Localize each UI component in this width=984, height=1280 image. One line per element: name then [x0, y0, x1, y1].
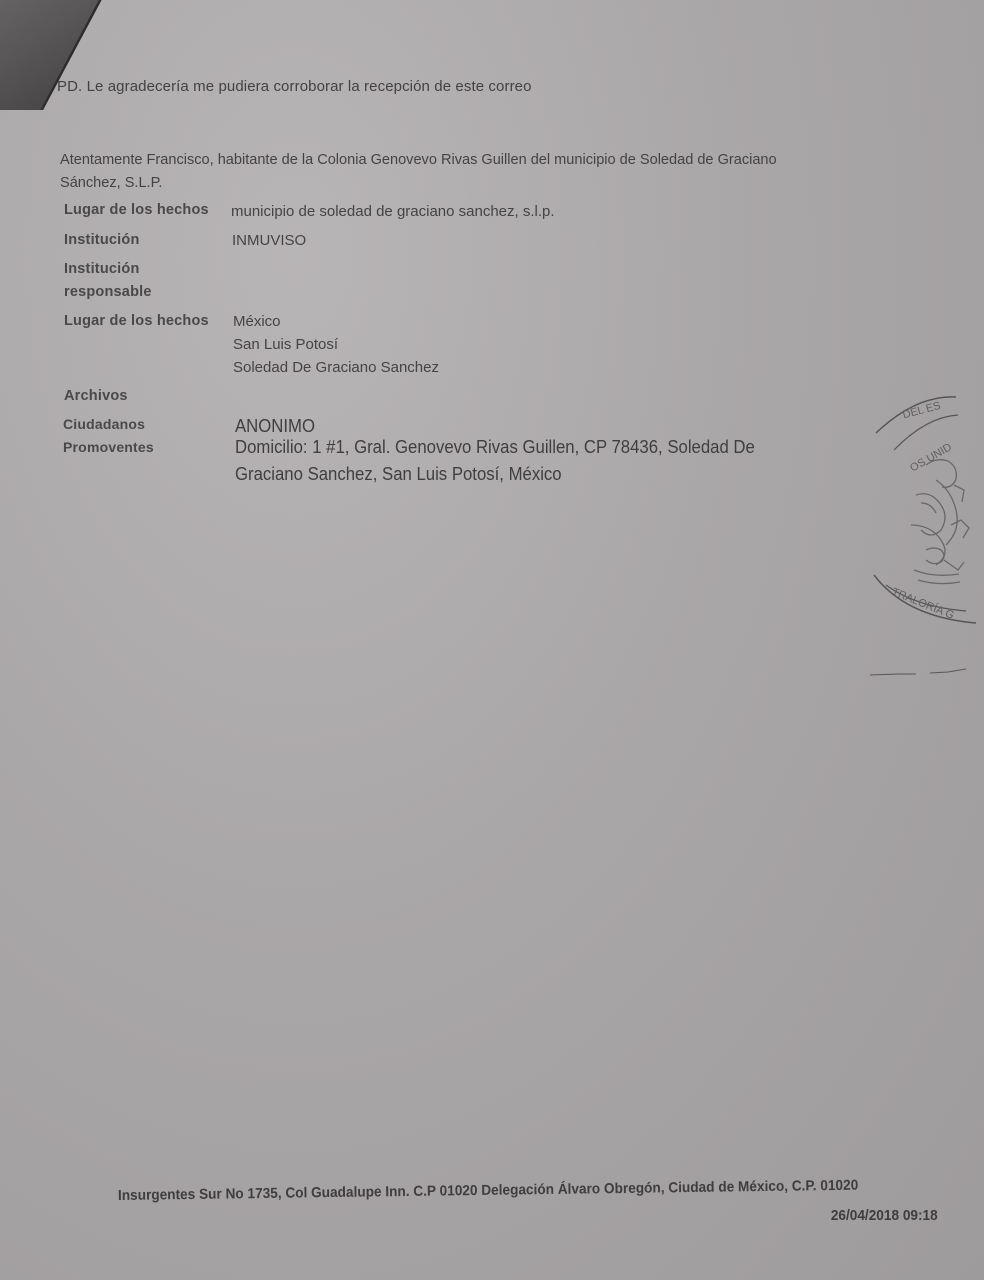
label-line-2: Promoventes [63, 436, 154, 459]
location-state: San Luis Potosí [233, 333, 439, 356]
signature-line-2: Sánchez, S.L.P. [60, 171, 777, 194]
field-label-lugar-hechos-2: Lugar de los hechos [64, 310, 209, 333]
field-value-institucion: INMUVISO [232, 229, 306, 252]
footer-timestamp: 26/04/2018 09:18 [831, 1208, 938, 1224]
citizen-address-line-2: Graciano Sanchez, San Luis Potosí, Méxic… [235, 461, 562, 487]
seal-text-bottom: TRALORÍA G [890, 585, 956, 622]
location-municipality: Soledad De Graciano Sanchez [233, 356, 439, 379]
field-value-location-list: México San Luis Potosí Soledad De Gracia… [233, 310, 439, 379]
field-label-institucion-responsable: Institución responsable [64, 258, 152, 304]
field-label-lugar-hechos: Lugar de los hechos [64, 199, 209, 222]
seal-text-middle: OS UNID [908, 441, 954, 474]
label-line-2: responsable [64, 281, 152, 304]
official-seal-stamp: DEL ES OS UNID TRALORÍA G [866, 385, 984, 635]
location-country: México [233, 310, 439, 333]
pen-mark [868, 668, 968, 678]
signature-line-1: Atentamente Francisco, habitante de la C… [60, 148, 777, 171]
label-line-1: Ciudadanos [63, 413, 154, 436]
signature-block: Atentamente Francisco, habitante de la C… [60, 148, 777, 194]
mexican-coat-of-arms-seal-icon: DEL ES OS UNID TRALORÍA G [866, 385, 984, 635]
field-value-lugar-hechos: municipio de soledad de graciano sanchez… [231, 200, 555, 223]
field-label-ciudadanos-promoventes: Ciudadanos Promoventes [63, 413, 154, 459]
field-label-archivos: Archivos [64, 385, 128, 408]
field-label-institucion: Institución [64, 229, 140, 252]
postscript-line: PD. Le agradecería me pudiera corroborar… [57, 78, 532, 95]
label-line-1: Institución [64, 258, 152, 281]
citizen-address-line-1: Domicilio: 1 #1, Gral. Genovevo Rivas Gu… [235, 434, 755, 460]
